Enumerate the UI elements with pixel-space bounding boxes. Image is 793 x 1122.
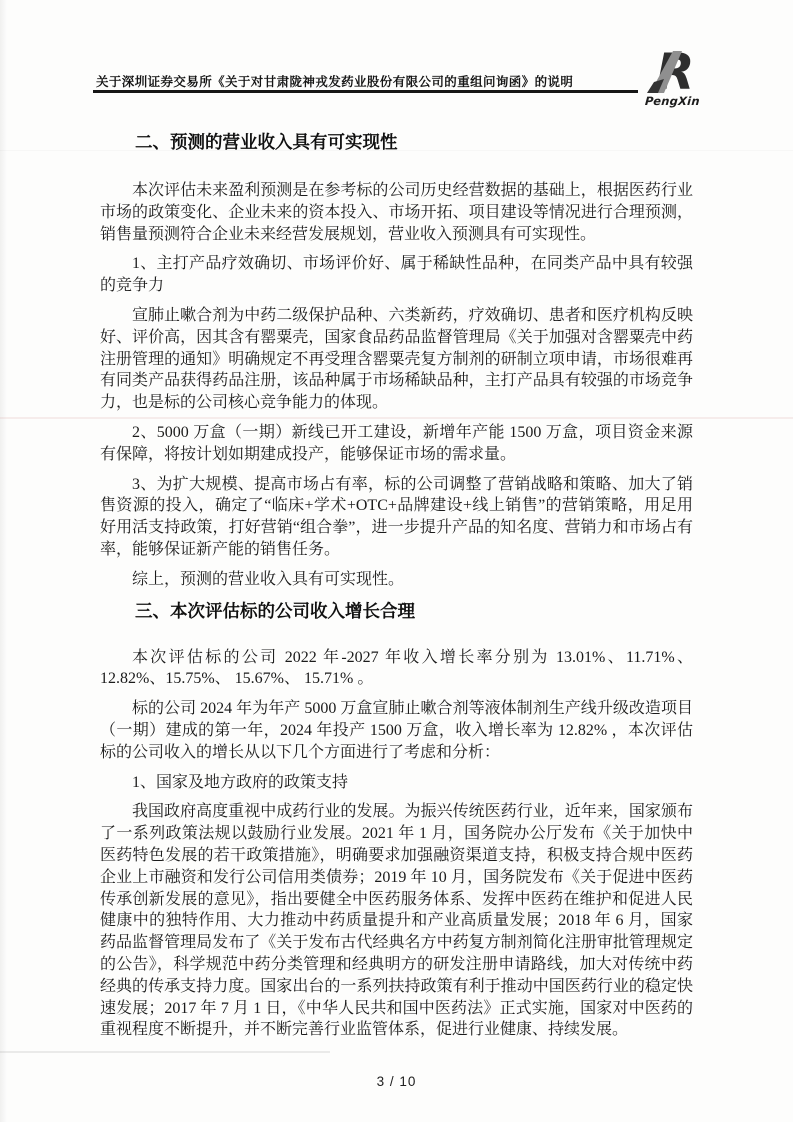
paragraph-growth-rates: 本次评估标的公司 2022 年-2027 年收入增长率分别为 13.01%、11… [100,647,693,691]
section-heading-revenue-forecast: 二、预测的营业收入具有可实现性 [100,130,693,154]
company-logo: R PengXin [645,46,715,108]
paragraph-2024-project: 标的公司 2024 年为年产 5000 万盒宣肺止嗽合剂等液体制剂生产线升级改造… [100,698,693,763]
scan-artifact-streak [0,1051,330,1053]
paragraph-forecast-basis: 本次评估未来盈利预测是在参考标的公司历史经营数据的基础上，根据医药行业市场的政策… [100,180,693,245]
document-header-title: 关于深圳证券交易所《关于对甘肃陇神戎发药业股份有限公司的重组问询函》的说明 [96,72,636,90]
paragraph-point1-product: 1、主打产品疗效确切、市场评价好、属于稀缺性品种，在同类产品中具有较强的竞争力 [100,253,693,297]
page-footer: 3 / 10 [0,1074,793,1089]
page-number: 3 / 10 [377,1074,417,1089]
header-divider-rule [93,90,638,93]
paragraph-point3-marketing: 3、为扩大规模、提高市场占有率，标的公司调整了营销战略和策略、加大了销售资源的投… [100,474,693,561]
paragraph-conclusion: 综上，预测的营业收入具有可实现性。 [100,569,693,591]
paragraph-policy-detail: 我国政府高度重视中成药行业的发展。为振兴传统医药行业，近年来，国家颁布了一系列政… [100,801,693,1041]
document-page: 关于深圳证券交易所《关于对甘肃陇神戎发药业股份有限公司的重组问询函》的说明 R … [0,0,793,1122]
document-body: 二、预测的营业收入具有可实现性 本次评估未来盈利预测是在参考标的公司历史经营数据… [100,130,693,1049]
paragraph-point2-capacity: 2、5000 万盒（一期）新线已开工建设，新增年产能 1500 万盒，项目资金来… [100,422,693,466]
paragraph-xuanfei-detail: 宣肺止嗽合剂为中药二级保护品种、六类新药，疗效确切、患者和医疗机构反映好、评价高… [100,305,693,414]
section-heading-income-growth: 三、本次评估标的公司收入增长合理 [100,599,693,623]
paragraph-point1-policy-support: 1、国家及地方政府的政策支持 [100,772,693,794]
pengxin-logo-icon: R [647,46,701,93]
logo-wordmark: PengXin [645,94,716,108]
